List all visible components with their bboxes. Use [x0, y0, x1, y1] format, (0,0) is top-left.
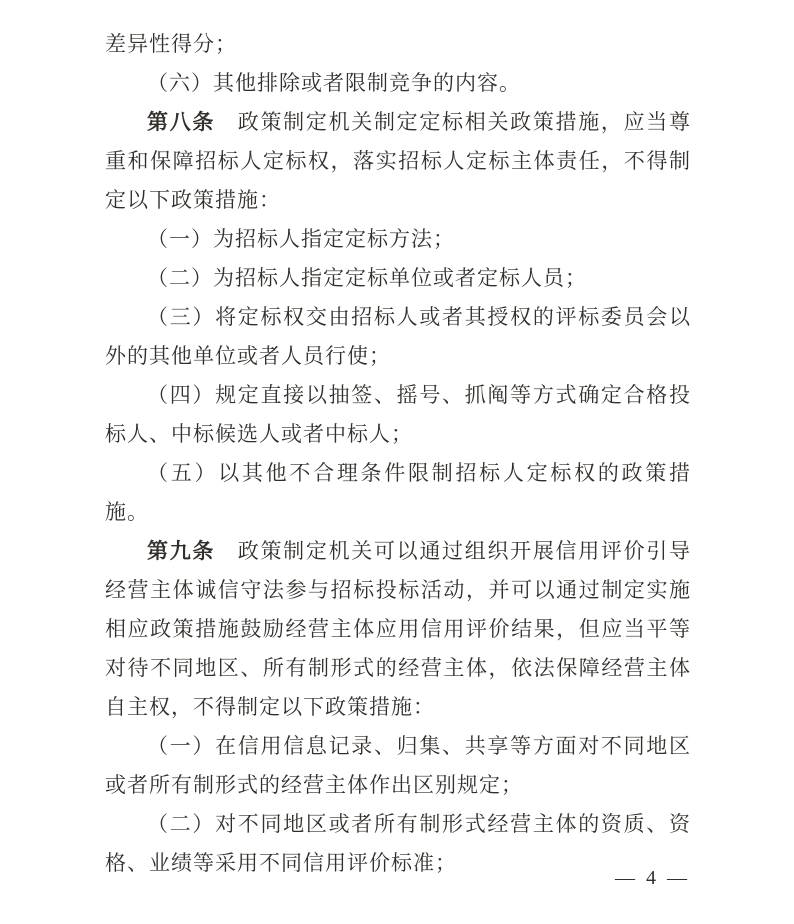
paragraph-text: （二）对不同地区或者所有制形式经营主体的资质、资格、业绩等采用不同信用评价标准；	[105, 812, 691, 875]
paragraph-text: 差异性得分；	[105, 32, 237, 56]
paragraph-text: （二）为招标人指定定标单位或者定标人员；	[147, 266, 587, 290]
para-article-8-item-1: （一）为招标人指定定标方法；	[105, 220, 691, 259]
paragraph-text: （一）在信用信息记录、归集、共享等方面对不同地区或者所有制形式的经营主体作出区别…	[105, 734, 691, 797]
document-body: 差异性得分； （六）其他排除或者限制竞争的内容。 第八条 政策制定机关制定定标相…	[105, 25, 691, 883]
para-article-8-item-4: （四）规定直接以抽签、摇号、抓阄等方式确定合格投标人、中标候选人或者中标人；	[105, 376, 691, 454]
para-article-8-item-2: （二）为招标人指定定标单位或者定标人员；	[105, 259, 691, 298]
para-article-9-item-2: （二）对不同地区或者所有制形式经营主体的资质、资格、业绩等采用不同信用评价标准；	[105, 805, 691, 883]
para-article-8-item-5: （五）以其他不合理条件限制招标人定标权的政策措施。	[105, 454, 691, 532]
paragraph-text: （三）将定标权交由招标人或者其授权的评标委员会以外的其他单位或者人员行使；	[105, 305, 691, 368]
paragraph-text: （一）为招标人指定定标方法；	[147, 227, 455, 251]
para-article-9: 第九条 政策制定机关可以通过组织开展信用评价引导经营主体诚信守法参与招标投标活动…	[105, 532, 691, 727]
paragraph-text: （四）规定直接以抽签、摇号、抓阄等方式确定合格投标人、中标候选人或者中标人；	[105, 383, 691, 446]
document-page: 差异性得分； （六）其他排除或者限制竞争的内容。 第八条 政策制定机关制定定标相…	[0, 0, 794, 924]
para-continuation: 差异性得分；	[105, 25, 691, 64]
page-number: — 4 —	[615, 864, 690, 892]
para-article-8-item-3: （三）将定标权交由招标人或者其授权的评标委员会以外的其他单位或者人员行使；	[105, 298, 691, 376]
para-article-9-item-1: （一）在信用信息记录、归集、共享等方面对不同地区或者所有制形式的经营主体作出区别…	[105, 727, 691, 805]
article-number: 第九条	[147, 539, 215, 563]
paragraph-text: （六）其他排除或者限制竞争的内容。	[147, 71, 521, 95]
para-article-8: 第八条 政策制定机关制定定标相关政策措施，应当尊重和保障招标人定标权，落实招标人…	[105, 103, 691, 220]
paragraph-text: 政策制定机关可以通过组织开展信用评价引导经营主体诚信守法参与招标投标活动，并可以…	[105, 539, 691, 719]
para-item-six: （六）其他排除或者限制竞争的内容。	[105, 64, 691, 103]
article-number: 第八条	[147, 110, 215, 134]
paragraph-text: （五）以其他不合理条件限制招标人定标权的政策措施。	[105, 461, 691, 524]
